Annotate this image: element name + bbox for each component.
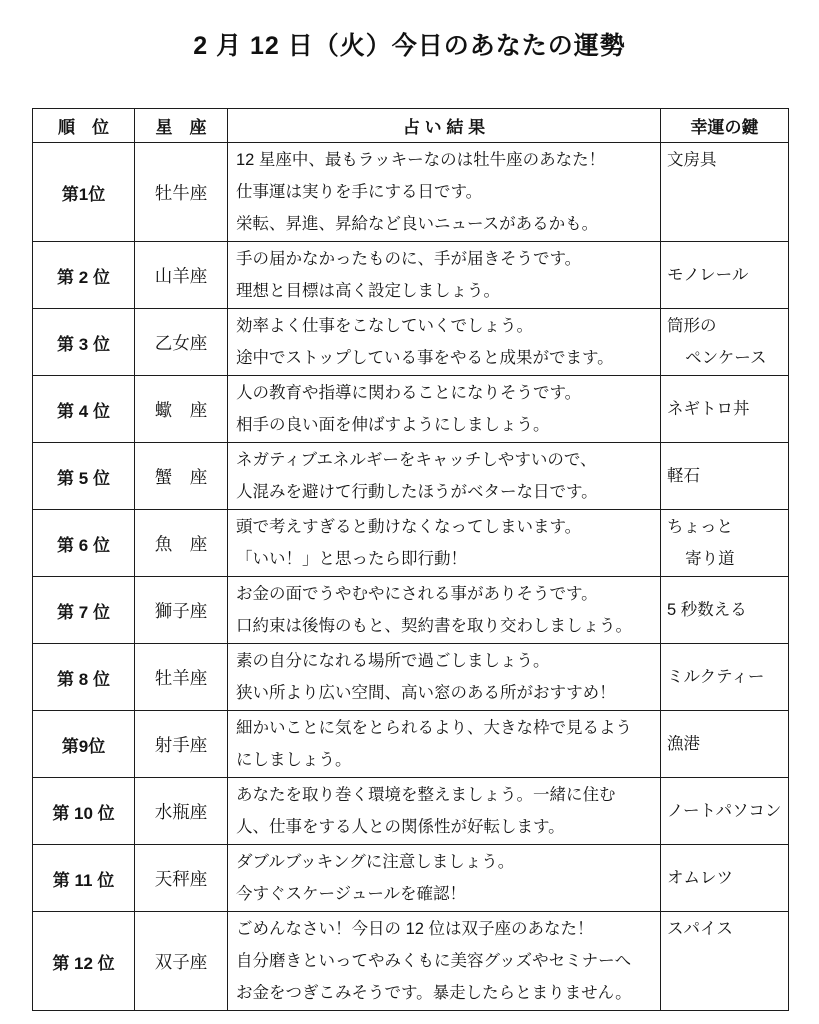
result-line: 人の教育や指導に関わることになりそうです。	[236, 377, 652, 409]
result-cell: ネガティブエネルギーをキャッチしやすいので、人混みを避けて行動したほうがベターな…	[228, 443, 661, 510]
table-row: 第9位 射手座 細かいことに気をとられるより、大きな枠で見るようにしましょう。 …	[33, 711, 789, 778]
result-cell: 人の教育や指導に関わることになりそうです。相手の良い面を伸ばすようにしましょう。	[228, 376, 661, 443]
result-line: 自分磨きといってやみくもに美容グッズやセミナーへ	[236, 945, 652, 977]
key-line: ネギトロ丼	[667, 393, 782, 425]
key-line: モノレール	[667, 259, 782, 291]
table-row: 第1位 牡牛座 12 星座中、最もラッキーなのは牡牛座のあなた！仕事運は実りを手…	[33, 143, 789, 242]
result-cell: 効率よく仕事をこなしていくでしょう。途中でストップしている事をやると成果がでます…	[228, 309, 661, 376]
key-cell: ミルクティー	[661, 644, 789, 711]
sign-cell: 牡牛座	[135, 143, 228, 242]
result-line: 「いい！」と思ったら即行動！	[236, 543, 652, 575]
sign-cell: 獅子座	[135, 577, 228, 644]
key-cell: 5 秒数える	[661, 577, 789, 644]
result-line: 途中でストップしている事をやると成果がでます。	[236, 342, 652, 374]
header-row: 順 位 星 座 占 い 結 果 幸運の鍵	[33, 109, 789, 143]
result-line: 栄転、昇進、昇給など良いニュースがあるかも。	[236, 208, 652, 240]
result-line: 効率よく仕事をこなしていくでしょう。	[236, 310, 652, 342]
rank-cell: 第 8 位	[33, 644, 135, 711]
sign-cell: 乙女座	[135, 309, 228, 376]
page-title: 2 月 12 日（火）今日のあなたの運勢	[0, 26, 819, 62]
table-row: 第 6 位 魚 座 頭で考えすぎると動けなくなってしまいます。「いい！」と思った…	[33, 510, 789, 577]
table-row: 第 3 位 乙女座 効率よく仕事をこなしていくでしょう。途中でストップしている事…	[33, 309, 789, 376]
rank-cell: 第1位	[33, 143, 135, 242]
fortune-table-header: 順 位 星 座 占 い 結 果 幸運の鍵	[33, 109, 789, 143]
key-line: ペンケース	[667, 342, 782, 374]
result-line: 仕事運は実りを手にする日です。	[236, 176, 652, 208]
result-line: 口約束は後悔のもと、契約書を取り交わしましょう。	[236, 610, 652, 642]
sign-cell: 射手座	[135, 711, 228, 778]
rank-cell: 第 2 位	[33, 242, 135, 309]
key-line: スパイス	[667, 913, 782, 945]
column-header-sign: 星 座	[135, 109, 228, 143]
key-line: ちょっと	[667, 511, 782, 543]
rank-cell: 第 7 位	[33, 577, 135, 644]
result-line: 素の自分になれる場所で過ごしましょう。	[236, 645, 652, 677]
result-cell: ごめんなさい！今日の 12 位は双子座のあなた！自分磨きといってやみくもに美容グ…	[228, 912, 661, 1011]
result-line: ごめんなさい！今日の 12 位は双子座のあなた！	[236, 913, 652, 945]
result-line: 今すぐスケージュールを確認！	[236, 878, 652, 910]
rank-cell: 第 5 位	[33, 443, 135, 510]
key-line: 文房具	[667, 144, 782, 176]
result-line: 手の届かなかったものに、手が届きそうです。	[236, 243, 652, 275]
result-line: 頭で考えすぎると動けなくなってしまいます。	[236, 511, 652, 543]
result-line: 人、仕事をする人との関係性が好転します。	[236, 811, 652, 843]
table-row: 第 11 位 天秤座 ダブルブッキングに注意しましょう。今すぐスケージュールを確…	[33, 845, 789, 912]
key-cell: 文房具	[661, 143, 789, 242]
key-line: 軽石	[667, 460, 782, 492]
table-row: 第 12 位 双子座 ごめんなさい！今日の 12 位は双子座のあなた！自分磨きと…	[33, 912, 789, 1011]
sign-cell: 魚 座	[135, 510, 228, 577]
key-cell: スパイス	[661, 912, 789, 1011]
result-line: お金をつぎこみそうです。暴走したらとまりません。	[236, 977, 652, 1009]
result-cell: 12 星座中、最もラッキーなのは牡牛座のあなた！仕事運は実りを手にする日です。栄…	[228, 143, 661, 242]
key-cell: 筒形のペンケース	[661, 309, 789, 376]
rank-cell: 第 4 位	[33, 376, 135, 443]
column-header-key: 幸運の鍵	[661, 109, 789, 143]
table-row: 第 10 位 水瓶座 あなたを取り巻く環境を整えましょう。一緒に住む人、仕事をす…	[33, 778, 789, 845]
result-line: 狭い所より広い空間、高い窓のある所がおすすめ！	[236, 677, 652, 709]
key-cell: 軽石	[661, 443, 789, 510]
key-cell: ノートパソコン	[661, 778, 789, 845]
table-row: 第 2 位 山羊座 手の届かなかったものに、手が届きそうです。理想と目標は高く設…	[33, 242, 789, 309]
rank-cell: 第 12 位	[33, 912, 135, 1011]
result-cell: 頭で考えすぎると動けなくなってしまいます。「いい！」と思ったら即行動！	[228, 510, 661, 577]
rank-cell: 第 3 位	[33, 309, 135, 376]
document-page: 2 月 12 日（火）今日のあなたの運勢 順 位 星 座 占 い 結 果 幸運の…	[0, 0, 819, 1024]
result-line: 理想と目標は高く設定しましょう。	[236, 275, 652, 307]
key-cell: ネギトロ丼	[661, 376, 789, 443]
sign-cell: 山羊座	[135, 242, 228, 309]
result-cell: 手の届かなかったものに、手が届きそうです。理想と目標は高く設定しましょう。	[228, 242, 661, 309]
table-row: 第 7 位 獅子座 お金の面でうやむやにされる事がありそうです。口約束は後悔のも…	[33, 577, 789, 644]
result-line: 相手の良い面を伸ばすようにしましょう。	[236, 409, 652, 441]
rank-cell: 第 11 位	[33, 845, 135, 912]
table-row: 第 8 位 牡羊座 素の自分になれる場所で過ごしましょう。狭い所より広い空間、高…	[33, 644, 789, 711]
result-line: 細かいことに気をとられるより、大きな枠で見るよう	[236, 712, 652, 744]
key-line: ミルクティー	[667, 661, 782, 693]
key-line: ノートパソコン	[667, 795, 782, 827]
key-cell: ちょっと寄り道	[661, 510, 789, 577]
result-line: 12 星座中、最もラッキーなのは牡牛座のあなた！	[236, 144, 652, 176]
sign-cell: 蟹 座	[135, 443, 228, 510]
column-header-result: 占 い 結 果	[228, 109, 661, 143]
sign-cell: 双子座	[135, 912, 228, 1011]
result-line: あなたを取り巻く環境を整えましょう。一緒に住む	[236, 779, 652, 811]
key-cell: オムレツ	[661, 845, 789, 912]
key-cell: モノレール	[661, 242, 789, 309]
result-line: にしましょう。	[236, 744, 652, 776]
key-cell: 漁港	[661, 711, 789, 778]
table-row: 第 5 位 蟹 座 ネガティブエネルギーをキャッチしやすいので、人混みを避けて行…	[33, 443, 789, 510]
fortune-table-body: 第1位 牡牛座 12 星座中、最もラッキーなのは牡牛座のあなた！仕事運は実りを手…	[33, 143, 789, 1011]
result-cell: あなたを取り巻く環境を整えましょう。一緒に住む人、仕事をする人との関係性が好転し…	[228, 778, 661, 845]
key-line: 漁港	[667, 728, 782, 760]
key-line: 寄り道	[667, 543, 782, 575]
key-line: 5 秒数える	[667, 594, 782, 626]
result-line: 人混みを避けて行動したほうがベターな日です。	[236, 476, 652, 508]
fortune-table: 順 位 星 座 占 い 結 果 幸運の鍵 第1位 牡牛座 12 星座中、最もラッ…	[32, 108, 789, 1011]
rank-cell: 第 6 位	[33, 510, 135, 577]
result-line: ダブルブッキングに注意しましょう。	[236, 846, 652, 878]
result-cell: 細かいことに気をとられるより、大きな枠で見るようにしましょう。	[228, 711, 661, 778]
column-header-rank: 順 位	[33, 109, 135, 143]
rank-cell: 第 10 位	[33, 778, 135, 845]
sign-cell: 蠍 座	[135, 376, 228, 443]
result-line: お金の面でうやむやにされる事がありそうです。	[236, 578, 652, 610]
result-line: ネガティブエネルギーをキャッチしやすいので、	[236, 444, 652, 476]
sign-cell: 牡羊座	[135, 644, 228, 711]
result-cell: 素の自分になれる場所で過ごしましょう。狭い所より広い空間、高い窓のある所がおすす…	[228, 644, 661, 711]
rank-cell: 第9位	[33, 711, 135, 778]
sign-cell: 水瓶座	[135, 778, 228, 845]
table-row: 第 4 位 蠍 座 人の教育や指導に関わることになりそうです。相手の良い面を伸ば…	[33, 376, 789, 443]
result-cell: ダブルブッキングに注意しましょう。今すぐスケージュールを確認！	[228, 845, 661, 912]
sign-cell: 天秤座	[135, 845, 228, 912]
key-line: 筒形の	[667, 310, 782, 342]
result-cell: お金の面でうやむやにされる事がありそうです。口約束は後悔のもと、契約書を取り交わ…	[228, 577, 661, 644]
key-line: オムレツ	[667, 862, 782, 894]
